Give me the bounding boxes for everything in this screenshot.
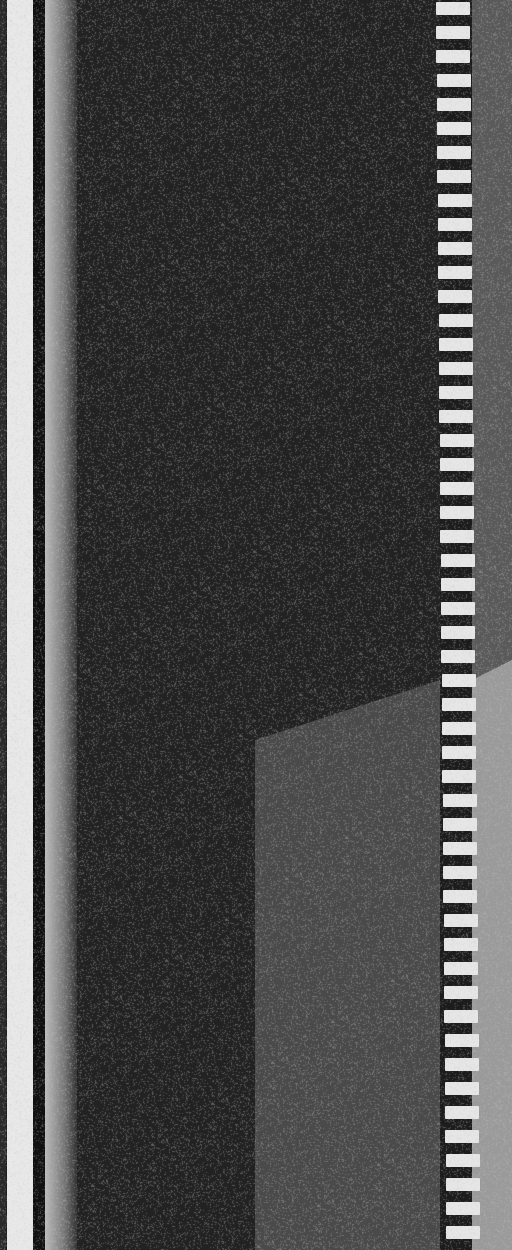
noise-overlay [0, 0, 512, 1250]
texture-image [0, 0, 512, 1250]
